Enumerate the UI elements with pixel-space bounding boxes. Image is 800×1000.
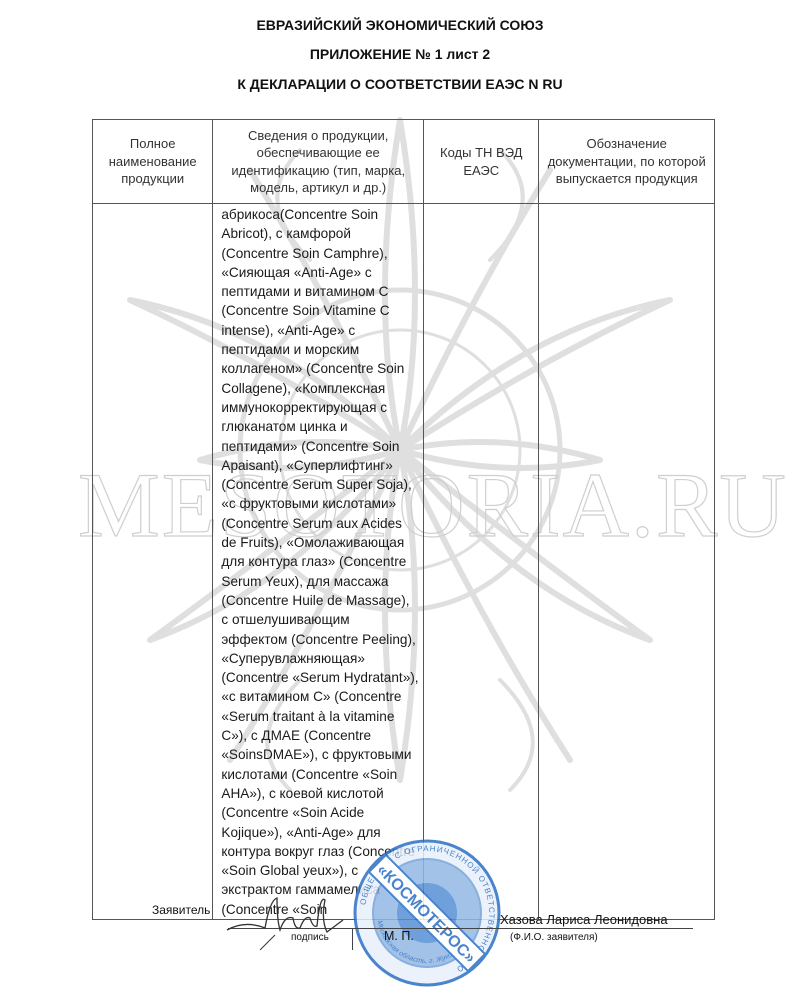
- applicant-name: Хазова Лариса Леонидовна: [500, 912, 668, 927]
- appendix-title: ПРИЛОЖЕНИЕ № 1 лист 2: [0, 46, 800, 62]
- cell-documentation: [539, 204, 715, 920]
- union-title: ЕВРАЗИЙСКИЙ ЭКОНОМИЧЕСКИЙ СОЮЗ: [0, 17, 800, 33]
- cell-full-name: [93, 204, 213, 920]
- table-row: абрикоса(Concentre Soin Abricot), с камф…: [93, 204, 715, 920]
- column-header-documentation: Обозначение документации, по которой вып…: [539, 120, 715, 204]
- column-header-tn-ved-codes: Коды ТН ВЭД ЕАЭС: [424, 120, 539, 204]
- declaration-title: К ДЕКЛАРАЦИИ О СООТВЕТСТВИИ ЕАЭС N RU: [0, 76, 800, 92]
- seal-label: М. П.: [384, 929, 414, 943]
- column-header-product-info: Сведения о продукции, обеспечивающие ее …: [213, 120, 424, 204]
- company-stamp: ОБЩЕСТВО С ОГРАНИЧЕННОЙ ОТВЕТСТВЕННОСТЬЮ…: [352, 838, 502, 988]
- column-header-full-name: Полное наименование продукции: [93, 120, 213, 204]
- declaration-table: Полное наименование продукции Сведения о…: [92, 119, 715, 920]
- cell-tn-ved-codes: [424, 204, 539, 920]
- table-header-row: Полное наименование продукции Сведения о…: [93, 120, 715, 204]
- applicant-label: Заявитель: [152, 903, 210, 917]
- cell-product-description: абрикоса(Concentre Soin Abricot), с камф…: [213, 204, 424, 920]
- applicant-name-caption: (Ф.И.О. заявителя): [510, 932, 598, 943]
- handwritten-signature: [225, 890, 355, 950]
